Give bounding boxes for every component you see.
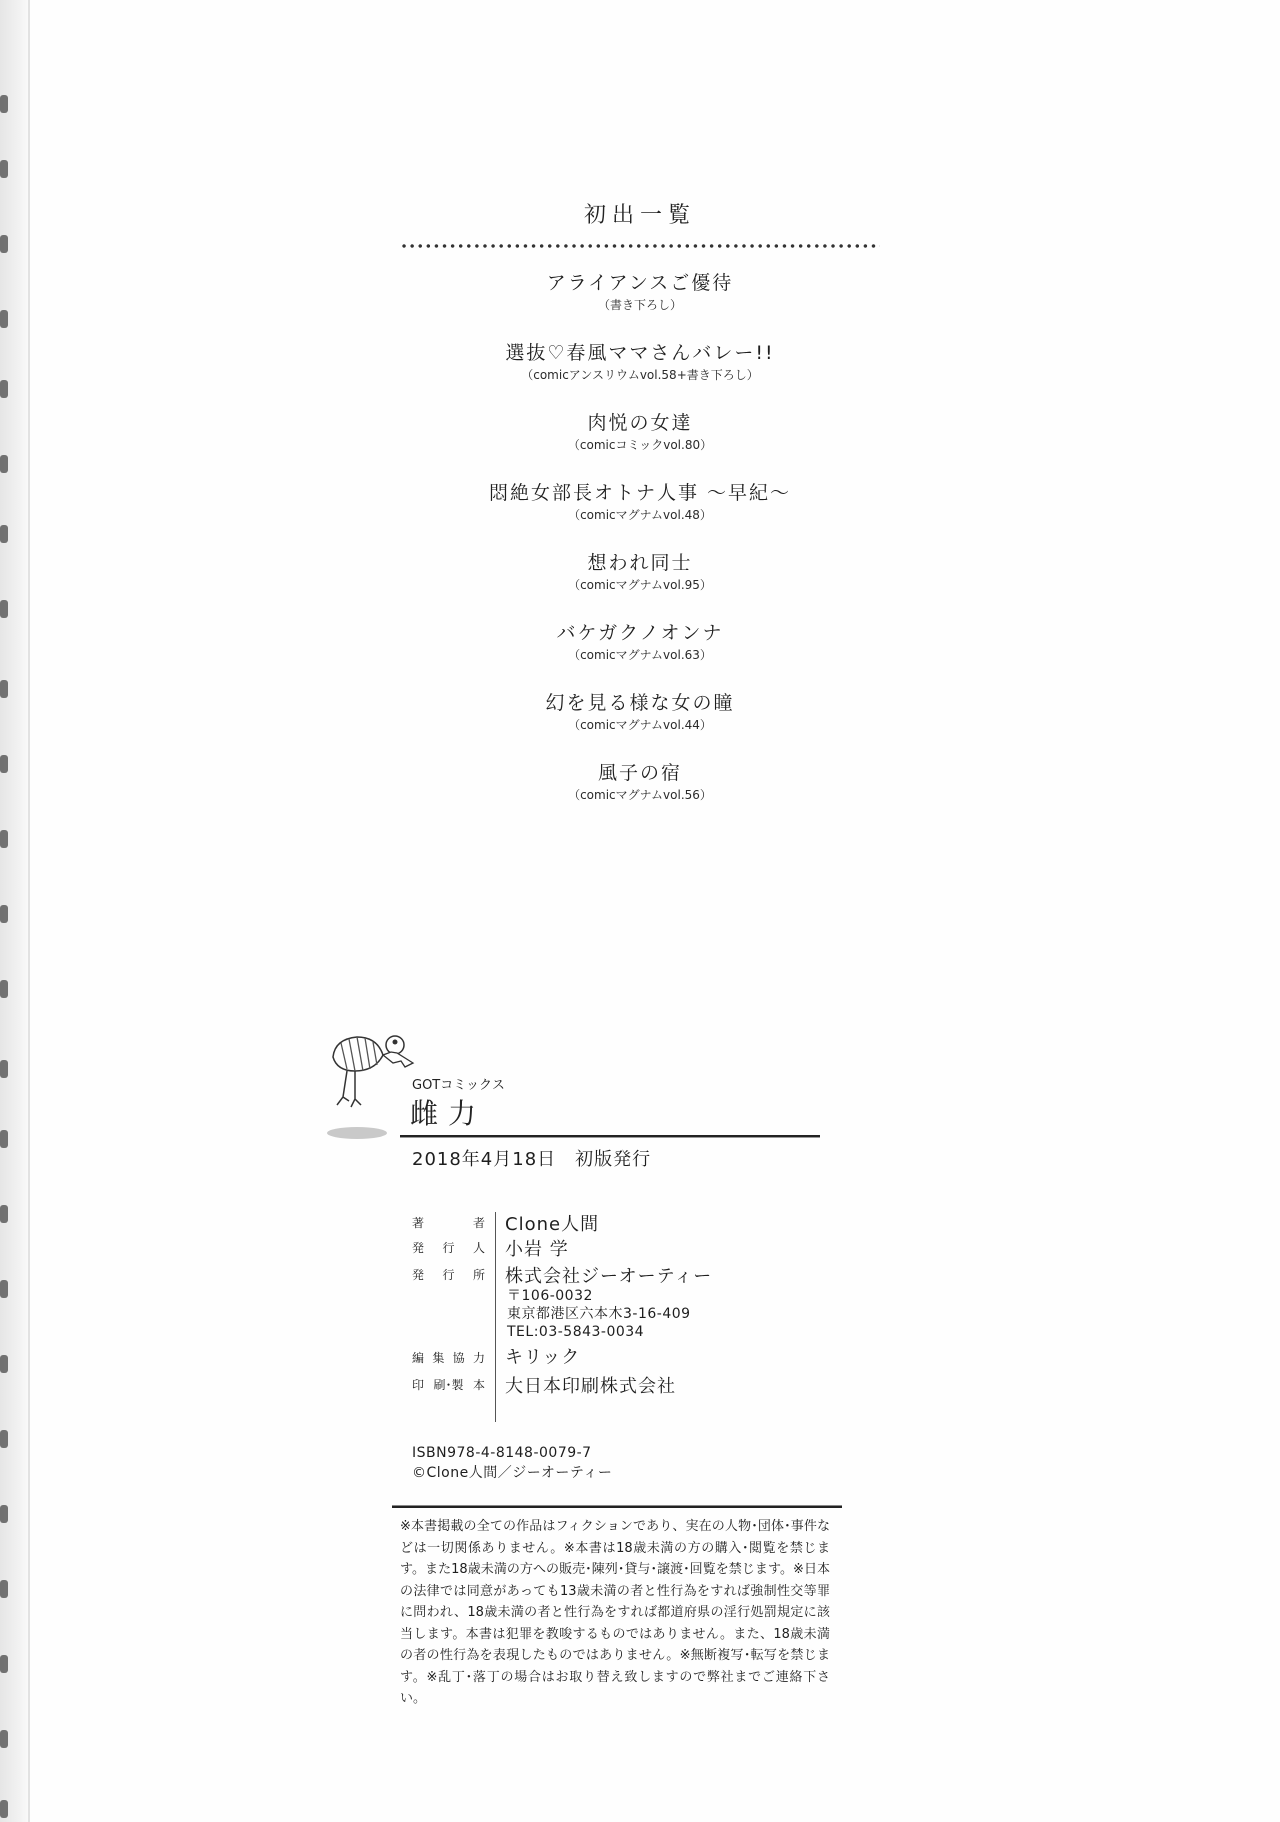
colophon-label: 印刷･製本 (412, 1372, 495, 1393)
copyright: ©Clone人間／ジーオーティー (412, 1463, 612, 1483)
toc-item-title: 想われ同士 (398, 550, 882, 576)
toc-item: バケガクノオンナ （comicマグナムvol.63） (398, 620, 882, 690)
book-title: 雌力 (410, 1092, 486, 1132)
toc-item-source: （comicマグナムvol.56） (398, 786, 882, 804)
author-name: Clone人間 (495, 1210, 599, 1236)
toc-item: アライアンスご優待 （書き下ろし） (398, 270, 882, 340)
binding-fold-line (28, 0, 30, 1822)
isbn: ISBN978-4-8148-0079-7 (412, 1443, 612, 1463)
colophon-row-printing: 印刷･製本 大日本印刷株式会社 (412, 1372, 712, 1400)
toc-item-source: （comicマグナムvol.95） (398, 576, 882, 594)
title-rule (400, 1135, 820, 1138)
toc-item-source: （書き下ろし） (398, 296, 882, 314)
dotted-divider (400, 243, 880, 249)
legal-disclaimer: ※本書掲載の全ての作品はフィクションであり、実在の人物･団体･事件などは一切関係… (400, 1516, 830, 1710)
toc-item-title: 選抜♡春風ママさんバレー!! (398, 340, 882, 366)
toc-item-title: バケガクノオンナ (398, 620, 882, 646)
colophon-label: 編集協力 (412, 1343, 495, 1366)
publisher-person: 小岩 学 (495, 1235, 569, 1261)
isbn-block: ISBN978-4-8148-0079-7 ©Clone人間／ジーオーティー (412, 1443, 612, 1483)
toc-item-source: （comicアンスリウムvol.58+書き下ろし） (398, 366, 882, 384)
colophon-row-publisher: 発行所 株式会社ジーオーティー (412, 1262, 712, 1287)
toc-item-source: （comicコミックvol.80） (398, 436, 882, 454)
toc-item: 選抜♡春風ママさんバレー!! （comicアンスリウムvol.58+書き下ろし） (398, 340, 882, 410)
toc-item: 幻を見る様な女の瞳 （comicマグナムvol.44） (398, 690, 882, 760)
publisher-company: 株式会社ジーオーティー (495, 1262, 712, 1288)
toc-item: 想われ同士 （comicマグナムvol.95） (398, 550, 882, 620)
toc-item-title: 幻を見る様な女の瞳 (398, 690, 882, 716)
phone-number: TEL:03-5843-0034 (507, 1323, 691, 1341)
toc-item-source: （comicマグナムvol.48） (398, 506, 882, 524)
colophon-label: 発行所 (412, 1262, 495, 1283)
disclaimer-rule (392, 1505, 842, 1508)
toc-list: アライアンスご優待 （書き下ろし） 選抜♡春風ママさんバレー!! （comicア… (398, 270, 882, 830)
series-label: GOTコミックス (412, 1074, 505, 1093)
colophon-table: 著者 Clone人間 発行人 小岩 学 発行所 株式会社ジーオーティー 〒106… (412, 1210, 712, 1400)
toc-item-source: （comicマグナムvol.63） (398, 646, 882, 664)
publication-date: 2018年4月18日 初版発行 (412, 1145, 651, 1171)
street-address: 東京都港区六本木3-16-409 (507, 1305, 691, 1323)
editorial-cooperation: キリック (495, 1343, 580, 1369)
publisher-address: 〒106-0032 東京都港区六本木3-16-409 TEL:03-5843-0… (412, 1287, 712, 1343)
toc-item-title: 悶絶女部長オトナ人事 ～早紀～ (398, 480, 882, 506)
colophon-row-publisher-person: 発行人 小岩 学 (412, 1235, 712, 1262)
colophon-label: 発行人 (412, 1235, 495, 1256)
printer: 大日本印刷株式会社 (495, 1372, 676, 1398)
bird-mascot-icon (325, 1025, 420, 1140)
toc-item: 肉悦の女達 （comicコミックvol.80） (398, 410, 882, 480)
toc-item-title: アライアンスご優待 (398, 270, 882, 296)
toc-item-title: 肉悦の女達 (398, 410, 882, 436)
toc-item-source: （comicマグナムvol.44） (398, 716, 882, 734)
toc-item: 悶絶女部長オトナ人事 ～早紀～ （comicマグナムvol.48） (398, 480, 882, 550)
toc-item: 風子の宿 （comicマグナムvol.56） (398, 760, 882, 830)
colophon-row-author: 著者 Clone人間 (412, 1210, 712, 1235)
colophon-row-editorial: 編集協力 キリック (412, 1343, 712, 1372)
toc-item-title: 風子の宿 (398, 760, 882, 786)
toc-heading: 初出一覧 (398, 198, 882, 229)
colophon-label: 著者 (412, 1210, 495, 1231)
postal-code: 〒106-0032 (507, 1287, 691, 1305)
